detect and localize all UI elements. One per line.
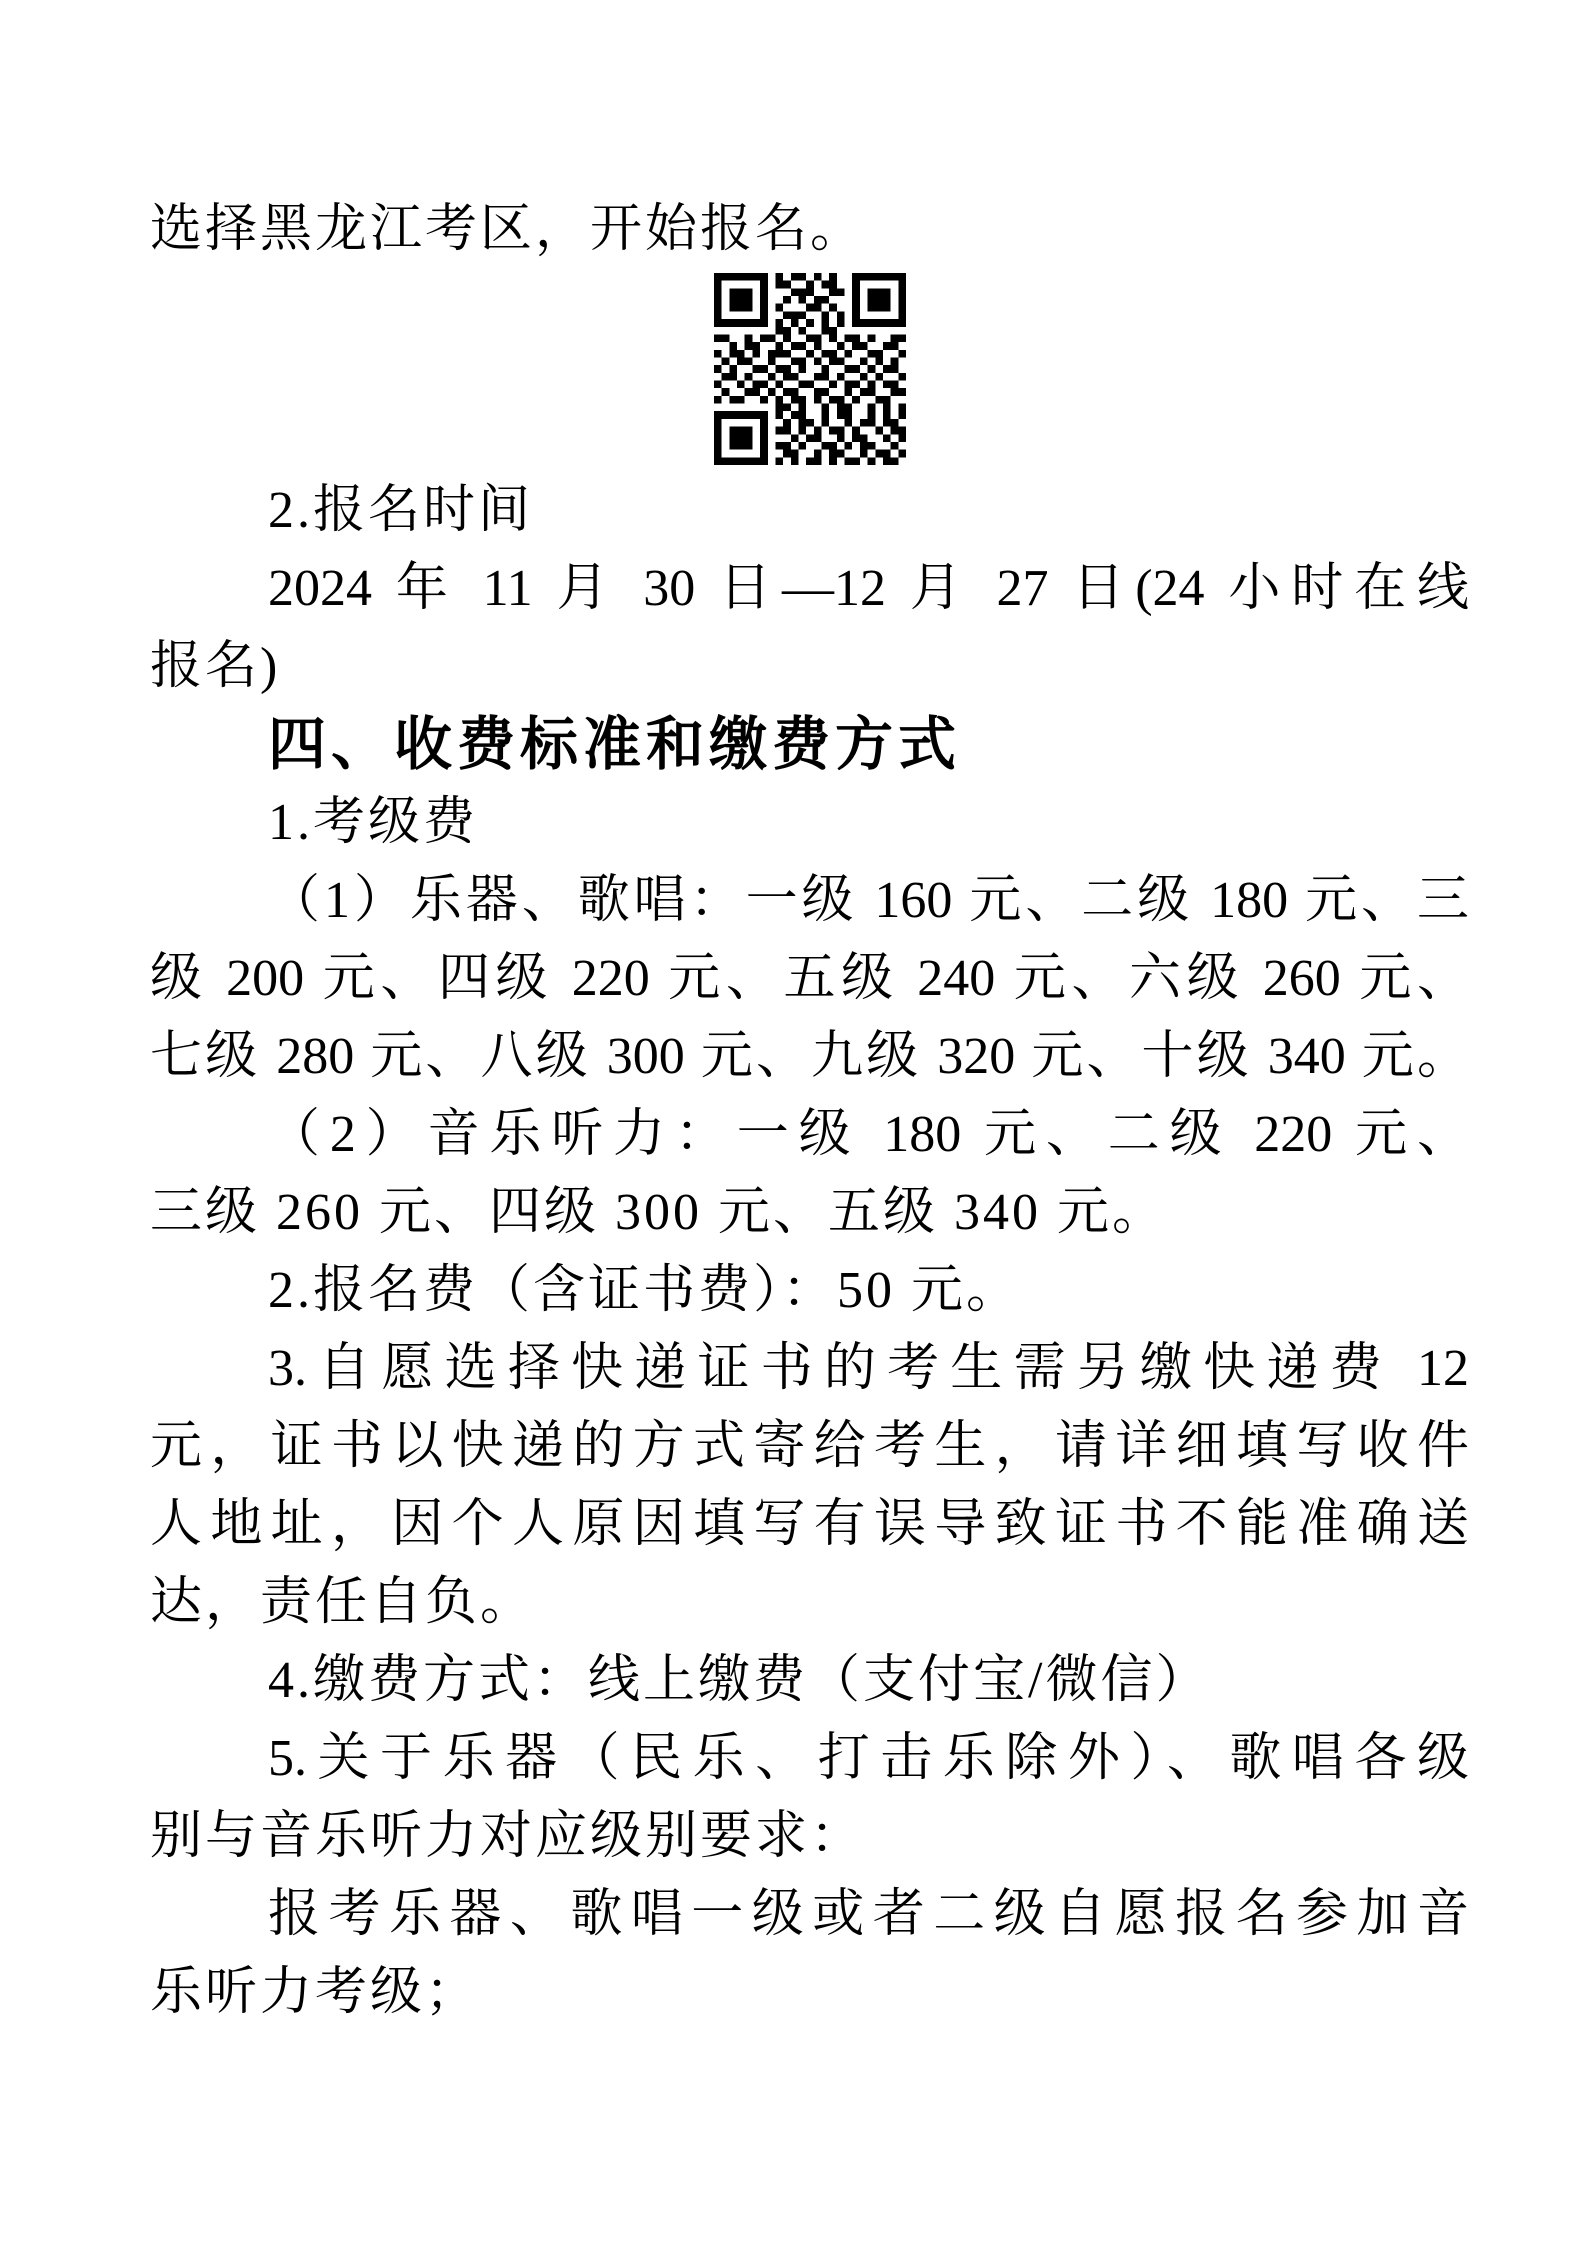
section-heading: 四、收费标准和缴费方式 — [150, 706, 1469, 784]
text-line: 报名) — [150, 628, 1469, 706]
text-line: 4.缴费方式：线上缴费（支付宝/微信） — [150, 1642, 1469, 1720]
qr-code — [714, 273, 906, 465]
text-line: 3.自愿选择快递证书的考生需另缴快递费 12 — [150, 1330, 1469, 1408]
text-line: 1.考级费 — [150, 784, 1469, 862]
text-line: 2024 年 11 月 30 日—12 月 27 日(24 小时在线 — [150, 550, 1469, 628]
text-line: 三级 260 元、四级 300 元、五级 340 元。 — [150, 1174, 1469, 1252]
text-line: 乐听力考级； — [150, 1954, 1469, 2032]
document-page: 选择黑龙江考区，开始报名。 2.报名时间2024 年 11 月 30 日—12 … — [0, 0, 1587, 2245]
text-line: 元，证书以快递的方式寄给考生，请详细填写收件 — [150, 1408, 1469, 1486]
qr-code-container — [150, 273, 1469, 465]
text-line: 达，责任自负。 — [150, 1564, 1469, 1642]
text-line: 报考乐器、歌唱一级或者二级自愿报名参加音 — [150, 1876, 1469, 1954]
text-line: 级 200 元、四级 220 元、五级 240 元、六级 260 元、 — [150, 940, 1469, 1018]
intro-line: 选择黑龙江考区，开始报名。 — [150, 191, 1469, 269]
text-line: （1）乐器、歌唱：一级 160 元、二级 180 元、三 — [150, 862, 1469, 940]
text-line: 2.报名时间 — [150, 472, 1469, 550]
document-content: 选择黑龙江考区，开始报名。 2.报名时间2024 年 11 月 30 日—12 … — [0, 0, 1587, 2032]
document-body: 2.报名时间2024 年 11 月 30 日—12 月 27 日(24 小时在线… — [150, 472, 1469, 2032]
text-line: 2.报名费（含证书费）：50 元。 — [150, 1252, 1469, 1330]
text-line: 别与音乐听力对应级别要求： — [150, 1798, 1469, 1876]
text-line: 七级 280 元、八级 300 元、九级 320 元、十级 340 元。 — [150, 1018, 1469, 1096]
text-line: 人地址，因个人原因填写有误导致证书不能准确送 — [150, 1486, 1469, 1564]
text-line: （2）音乐听力：一级 180 元、二级 220 元、 — [150, 1096, 1469, 1174]
text-line: 5.关于乐器（民乐、打击乐除外）、歌唱各级 — [150, 1720, 1469, 1798]
